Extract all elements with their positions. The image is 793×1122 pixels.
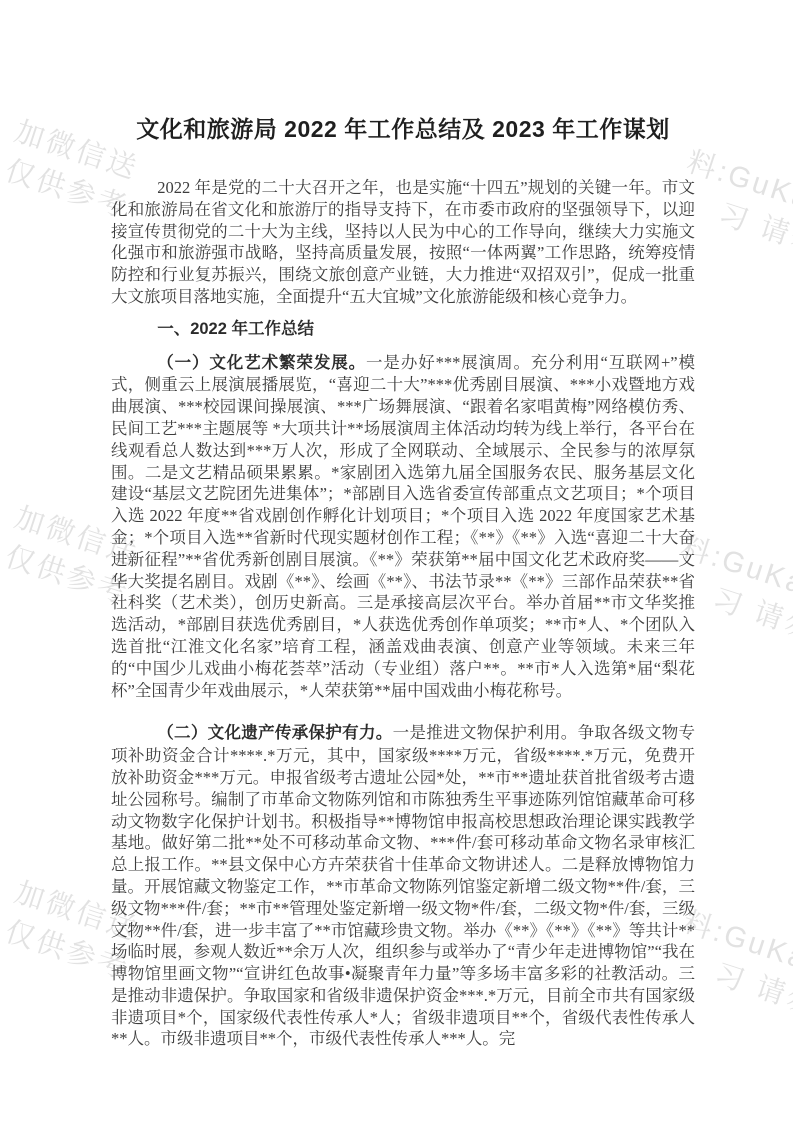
watermark-text: 料:GuKai <box>679 906 793 979</box>
paragraph-heritage-lead: （二）文化遗产传承保护有力。 <box>157 724 392 742</box>
document-content: 文化和旅游局 2022 年工作总结及 2023 年工作谋划 2022 年是党的二… <box>111 112 695 1061</box>
document-page: 加微信送仅供参考 料:GuKai习 请勿抄 加微信送仅供参考 料:GuKai习 … <box>0 0 793 1122</box>
watermark-text: 料:GuKai <box>683 146 793 219</box>
paragraph-culture-art-text: 一是办好***展演周。充分利用“互联网+”模式，侧重云上展演展播展览，“喜迎二十… <box>111 353 695 700</box>
paragraph-culture-art-lead: （一）文化艺术繁荣发展。 <box>157 354 366 372</box>
paragraph-heritage-text: 一是推进文物保护利用。争取各级文物专项补助资金合计****.*万元，其中，国家级… <box>111 723 695 1048</box>
section-heading-2022-summary: 一、2022 年工作总结 <box>111 319 695 341</box>
paragraph-culture-art: （一）文化艺术繁荣发展。一是办好***展演周。充分利用“互联网+”模式，侧重云上… <box>111 352 695 702</box>
paragraph-heritage: （二）文化遗产传承保护有力。一是推进文物保护利用。争取各级文物专项补助资金合计*… <box>111 722 695 1050</box>
paragraph-intro: 2022 年是党的二十大召开之年，也是实施“十四五”规划的关键一年。市文化和旅游… <box>111 177 695 308</box>
page-title: 文化和旅游局 2022 年工作总结及 2023 年工作谋划 <box>111 112 695 146</box>
